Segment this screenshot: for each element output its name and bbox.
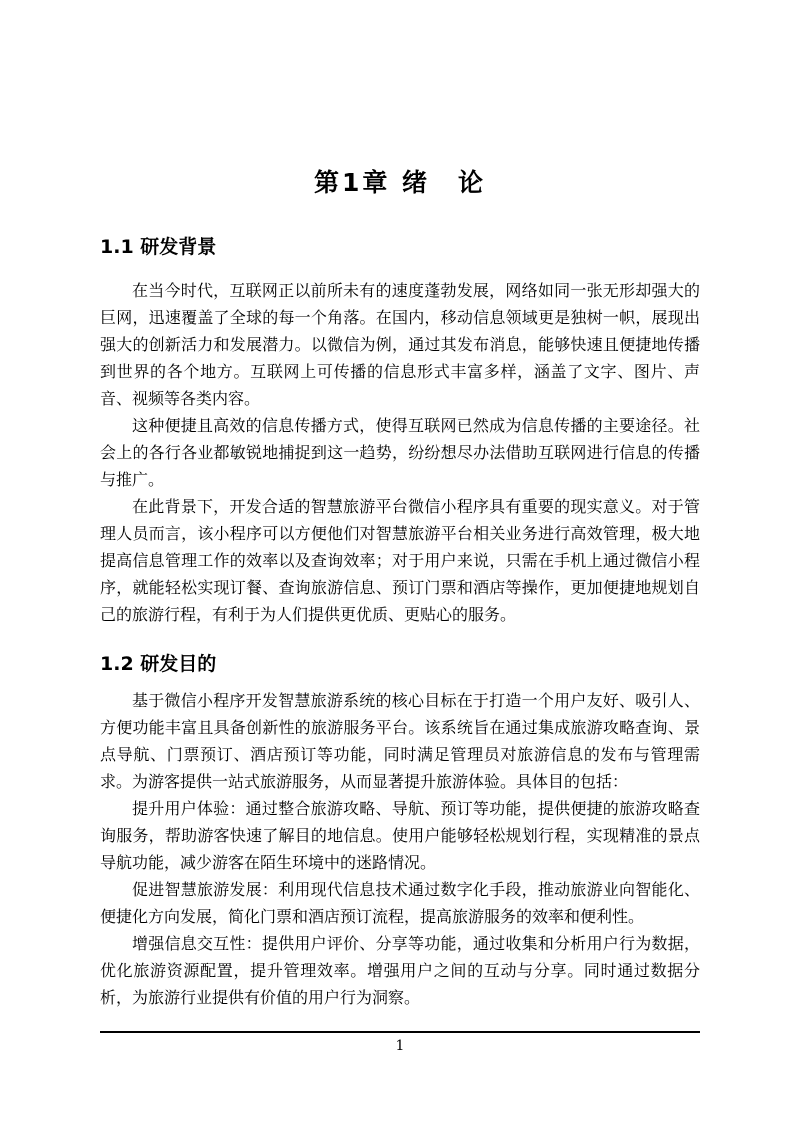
chapter-title: 第1章 绪 论: [100, 166, 700, 199]
paragraph: 在当今时代，互联网正以前所未有的速度蓬勃发展，网络如同一张无形却强大的巨网，迅速…: [100, 277, 700, 412]
paragraph: 促进智慧旅游发展：利用现代信息技术通过数字化手段，推动旅游业向智能化、便捷化方向…: [100, 876, 700, 930]
paragraph: 这种便捷且高效的信息传播方式，使得互联网已然成为信息传播的主要途径。社会上的各行…: [100, 412, 700, 493]
paragraph: 提升用户体验：通过整合旅游攻略、导航、预订等功能，提供便捷的旅游攻略查询服务，帮…: [100, 795, 700, 876]
paragraph: 增强信息交互性：提供用户评价、分享等功能，通过收集和分析用户行为数据，优化旅游资…: [100, 930, 700, 1011]
section-heading-1-2: 1.2 研发目的: [100, 652, 700, 677]
section-development-purpose: 1.2 研发目的 基于微信小程序开发智慧旅游系统的核心目标在于打造一个用户友好、…: [100, 652, 700, 1011]
section-heading-1-1: 1.1 研发背景: [100, 235, 700, 260]
document-page: 第1章 绪 论 1.1 研发背景 在当今时代，互联网正以前所未有的速度蓬勃发展，…: [0, 0, 793, 1122]
footer-divider: [100, 1031, 700, 1033]
section-development-background: 1.1 研发背景 在当今时代，互联网正以前所未有的速度蓬勃发展，网络如同一张无形…: [100, 235, 700, 628]
page-number: 1: [100, 1037, 700, 1055]
paragraph: 基于微信小程序开发智慧旅游系统的核心目标在于打造一个用户友好、吸引人、方便功能丰…: [100, 687, 700, 795]
page-content: 第1章 绪 论 1.1 研发背景 在当今时代，互联网正以前所未有的速度蓬勃发展，…: [100, 166, 700, 1011]
paragraph: 在此背景下，开发合适的智慧旅游平台微信小程序具有重要的现实意义。对于管理人员而言…: [100, 493, 700, 628]
